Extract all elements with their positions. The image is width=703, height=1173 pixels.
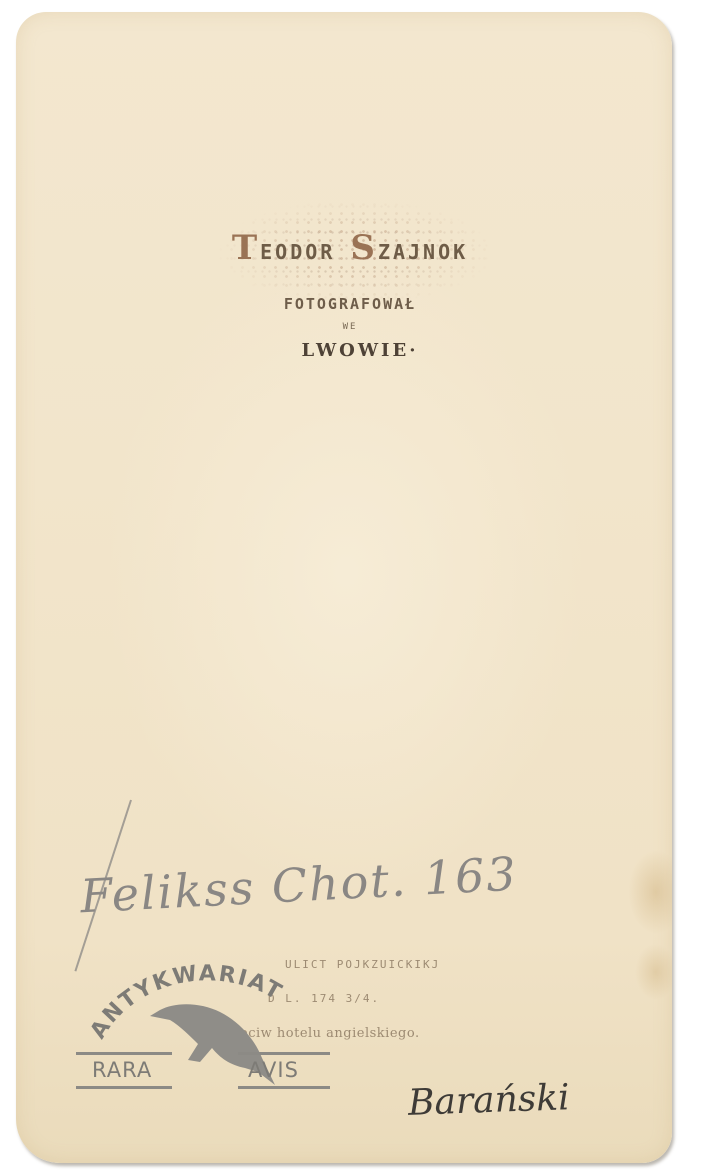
antiquarian-stamp: ANTYKWARIAT RARA AVIS (80, 940, 330, 1090)
stamp-word-avis: AVIS (248, 1058, 299, 1082)
stamp-rule (238, 1052, 330, 1055)
initial-s: S (350, 228, 378, 268)
imprint-line-we: WE (310, 322, 390, 332)
stamp-rule (76, 1086, 172, 1089)
studio-name: TEODOR SZAJNOK (160, 228, 540, 268)
imprint-line-city: LWOWIE· (270, 340, 450, 361)
stamp-rule (76, 1052, 172, 1055)
stamp-word-rara: RARA (92, 1058, 152, 1082)
initial-t: T (232, 228, 260, 268)
ink-signature: Barański (407, 1077, 570, 1124)
imprint-line-fotografowal: FOTOGRAFOWAŁ (220, 295, 480, 313)
stamp-rule (238, 1086, 330, 1089)
